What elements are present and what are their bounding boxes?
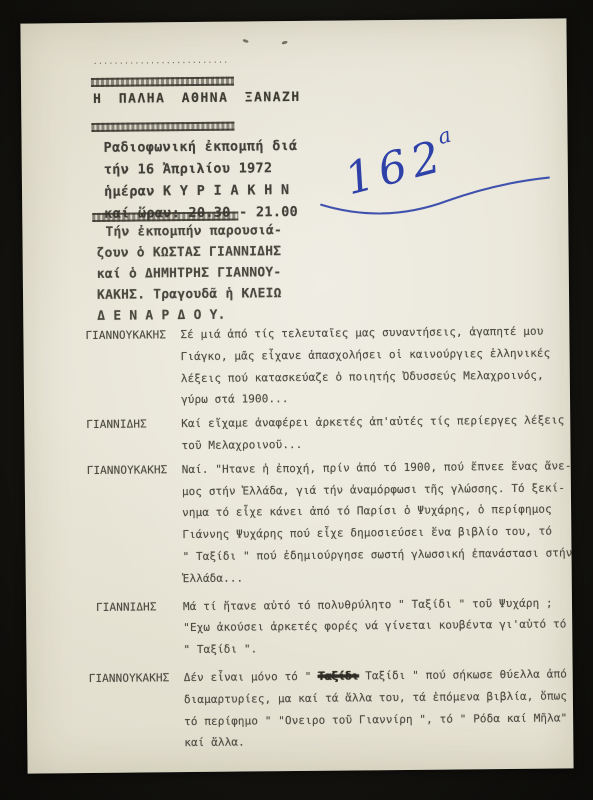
handwritten-underline-swoosh <box>315 169 556 226</box>
dialogue-entry: ΓΙΑΝΝΟΥΚΑΚΗΣ Ναί. "Ητανε ἡ ἐποχή, πρίν ἀ… <box>87 455 558 590</box>
speaker-label: ΓΙΑΝΝΙΔΗΣ <box>86 413 181 436</box>
dialogue-entry: ΓΙΑΝΝΟΥΚΑΚΗΣ Σέ μιά ἀπό τίς τελευταῖες μ… <box>85 321 556 413</box>
presenter-line: ζουν ὁ ΚΩΣΤΑΣ ΓΙΑΝΝΙΔΗΣ <box>97 241 283 264</box>
dialogue-entry: ΓΙΑΝΝΟΥΚΑΚΗΣ Δέν εἶναι μόνο τό " Ταξίδι … <box>89 663 560 755</box>
dialogue-line: διαμαρτυρίες, μα καί τά ἄλλα του, τά ἑπό… <box>184 685 567 710</box>
dialogue-line: γύρω στά 1900... <box>181 386 556 411</box>
dialogue-line: καί ἄλλα. <box>184 729 567 754</box>
paper-sheet: .......................... Η ΠΑΛΗΑ ΑΘΗΝΑ… <box>20 18 573 773</box>
dialogue-text: Μά τί ἤτανε αὐτό τό πολυθρύλητο " Ταξίδι… <box>183 592 567 661</box>
speaker-label: ΓΙΑΝΝΙΔΗΣ <box>88 596 183 619</box>
dialogue-text: Σέ μιά ἀπό τίς τελευταῖες μας συναντήσει… <box>180 321 556 412</box>
speaker-label: ΓΙΑΝΝΟΥΚΑΚΗΣ <box>85 324 180 347</box>
broadcast-line: Ραδιοφωνική ἐκπομπή διά <box>104 135 298 159</box>
dialogue-line: τό περίφημο " "Ονειρο τοῦ Γιαννίρη ", τό… <box>184 707 567 732</box>
speaker-label: ΓΙΑΝΝΟΥΚΑΚΗΣ <box>89 667 184 690</box>
dialogue-line-segment: Δέν εἶναι μόνο τό " <box>184 670 319 684</box>
typed-divider-rule <box>91 77 234 87</box>
broadcast-line: τήν 16 Ἀπριλίου 1972 <box>104 157 298 181</box>
speaker-label: ΓΙΑΝΝΟΥΚΑΚΗΣ <box>87 459 182 482</box>
dialogue-entry: ΓΙΑΝΝΙΔΗΣ Μά τί ἤτανε αὐτό τό πολυθρύλητ… <box>88 592 559 662</box>
typed-dotted-line: .......................... <box>93 56 229 66</box>
scanned-typescript-page: { "document": { "typed_dots": ".........… <box>0 0 593 800</box>
presenters-block: Τήν ἐκπομπήν παρουσιά- ζουν ὁ ΚΩΣΤΑΣ ΓΙΑ… <box>96 220 283 327</box>
typed-divider-rule <box>91 122 234 132</box>
dialogue-line: "Εχω ἀκούσει ἀρκετές φορές νά γίνεται κο… <box>183 614 566 639</box>
dialogue-line: Γιάγκο, μᾶς εἶχανε ἀπασχολήσει οἱ καινού… <box>181 342 556 367</box>
dialogue-line-segment: Ταξίδι " πού σήκωσε θύελλα ἀπό <box>358 667 567 682</box>
dialogue-text: Καί εἴχαμε ἀναφέρει ἀρκετές ἀπ'αὐτές τίς… <box>181 410 565 457</box>
staple-mark <box>281 40 288 44</box>
dialogue-line: " Ταξίδι ". <box>183 636 566 661</box>
presenter-line: καί ὁ ΔΗΜΗΤΡΗΣ ΓΙΑΝΝΟΥ- <box>97 262 283 285</box>
dialogue-transcript: ΓΙΑΝΝΟΥΚΑΚΗΣ Σέ μιά ἀπό τίς τελευταῖες μ… <box>85 321 559 758</box>
staple-mark <box>242 39 249 44</box>
dialogue-text: Δέν εἶναι μόνο τό " Ταξίδι Ταξίδι " πού … <box>184 663 568 754</box>
dialogue-text: Ναί. "Ητανε ἡ ἐποχή, πρίν ἀπό τό 1900, π… <box>182 455 573 590</box>
broadcast-line: ἡμέραν Κ Υ Ρ Ι Α Κ Η Ν <box>104 179 298 203</box>
presenter-line: ΚΑΚΗΣ. Τραγουδᾶ ἡ ΚΛΕΙΩ <box>97 283 283 306</box>
dialogue-line: Ναί. "Ητανε ἡ ἐποχή, πρίν ἀπό τό 1900, π… <box>182 455 572 481</box>
dialogue-entry: ΓΙΑΝΝΙΔΗΣ Καί εἴχαμε ἀναφέρει ἀρκετές ἀπ… <box>86 410 556 458</box>
dialogue-line: Καί εἴχαμε ἀναφέρει ἀρκετές ἀπ'αὐτές τίς… <box>181 410 564 435</box>
dialogue-line: τοῦ Μελαχροινοῦ... <box>181 431 564 456</box>
struck-out-word: Ταξίδι <box>318 669 358 682</box>
dialogue-line: Ἑλλάδα... <box>183 564 573 590</box>
page-title: Η ΠΑΛΗΑ ΑΘΗΝΑ ΞΑΝΑΖΗ <box>93 90 301 107</box>
dialogue-line: " Ταξίδι " πού ἐδημιούργησε σωστή γλωσσι… <box>182 542 572 568</box>
dialogue-line: λέξεις πού κατασκεύαζε ὁ ποιητής Ὀδυσσεύ… <box>181 364 556 389</box>
presenter-line: Τήν ἐκπομπήν παρουσιά- <box>96 220 282 243</box>
